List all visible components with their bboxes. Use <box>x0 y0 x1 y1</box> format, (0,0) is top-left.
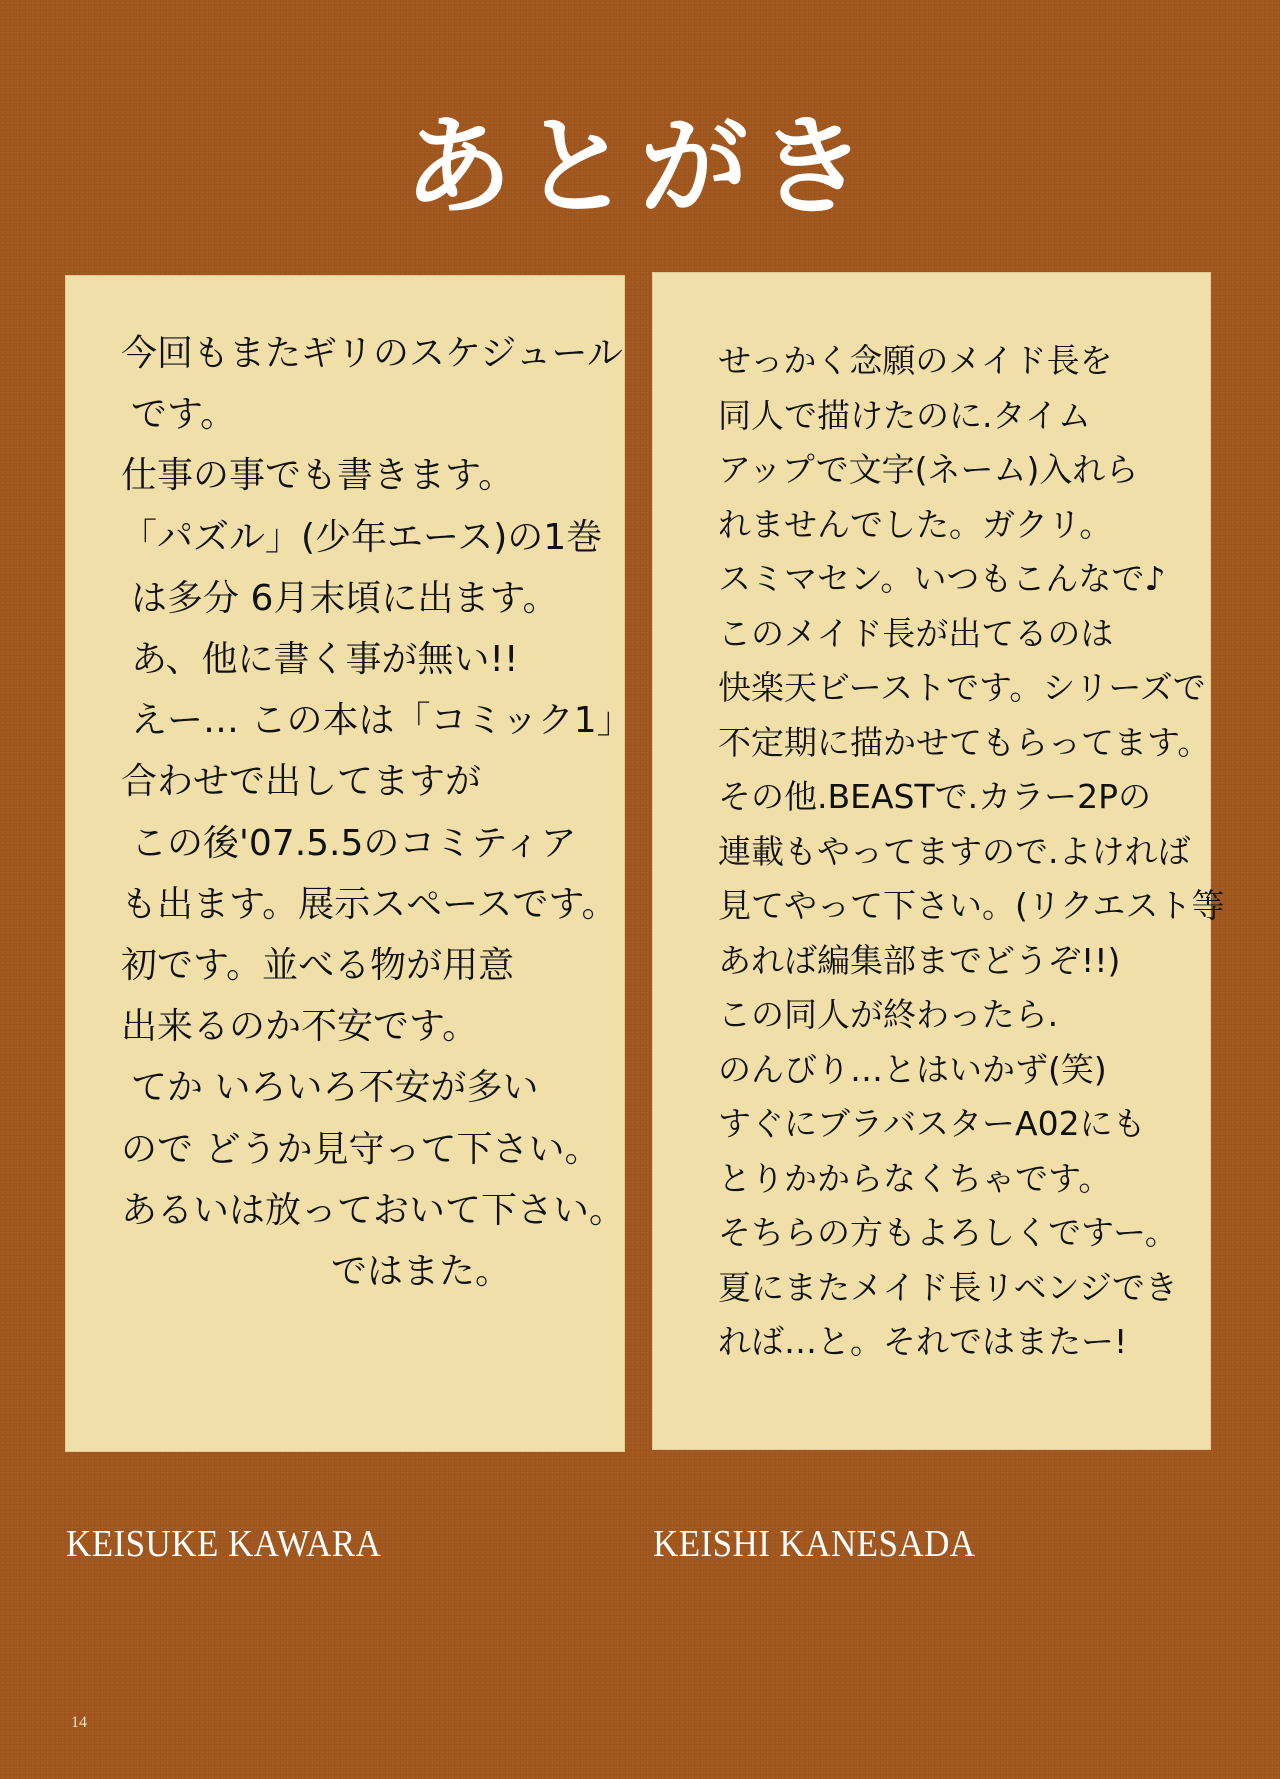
note-line: も出ます。展示スペースです。 <box>121 874 595 935</box>
note-line: あるいは放っておいて下さい。 <box>121 1180 595 1241</box>
note-line: アップで文字(ネーム)入れら <box>718 443 1191 498</box>
note-line: 「パズル」(少年エース)の1巻 <box>121 507 595 568</box>
author-name-right: KEISHI KANESADA <box>653 1522 976 1566</box>
note-line: れば…と。それではまたー! <box>718 1315 1191 1370</box>
note-line: ので どうか見守って下さい。 <box>121 1119 595 1180</box>
note-line: 出来るのか不安です。 <box>121 996 595 1057</box>
note-line: あれば編集部までどうぞ!!) <box>718 934 1191 989</box>
note-line: あ、他に書く事が無い!! <box>121 629 595 690</box>
note-line: スミマセン。いつもこんなで♪ <box>718 552 1191 607</box>
note-line: 初です。並べる物が用意 <box>121 935 595 996</box>
note-line: 不定期に描かせてもらってます。 <box>718 716 1191 771</box>
note-line: とりかからなくちゃです。 <box>718 1152 1191 1207</box>
note-line: そちらの方もよろしくですー。 <box>718 1206 1191 1261</box>
author-name-left: KEISUKE KAWARA <box>66 1522 381 1566</box>
page-number: 14 <box>71 1714 87 1732</box>
note-line: せっかく念願のメイド長を <box>718 334 1191 389</box>
note-line: 今回もまたギリのスケジュール <box>121 323 595 384</box>
note-line: のんびり…とはいかず(笑) <box>718 1043 1191 1098</box>
page-title: あとがき <box>0 108 1280 228</box>
note-line: この後'07.5.5のコミティア <box>121 813 595 874</box>
right-afterword-panel: せっかく念願のメイド長を 同人で描けたのに.タイム アップで文字(ネーム)入れら… <box>652 272 1211 1450</box>
note-line: です。 <box>121 384 595 445</box>
note-line: 合わせで出してますが <box>121 751 595 812</box>
note-line: 連載もやってますので.よければ <box>718 825 1191 880</box>
note-line: 仕事の事でも書きます。 <box>121 445 595 506</box>
note-line: えー… この本は「コミック1」 <box>121 690 595 751</box>
note-line: 夏にまたメイド長リベンジでき <box>718 1261 1191 1316</box>
note-line: は多分 6月末頃に出ます。 <box>121 568 595 629</box>
note-line: その他.BEASTで.カラー2Pの <box>718 770 1191 825</box>
note-signoff: ではまた。 <box>121 1241 595 1302</box>
note-line: この同人が終わったら. <box>718 988 1191 1043</box>
note-line: このメイド長が出てるのは <box>718 607 1191 662</box>
note-line: すぐにブラバスターA02にも <box>718 1097 1191 1152</box>
note-line: れませんでした。ガクリ。 <box>718 498 1191 553</box>
note-line: てか いろいろ不安が多い <box>121 1057 595 1118</box>
note-line: 見てやって下さい。(リクエスト等 <box>718 879 1191 934</box>
note-line: 同人で描けたのに.タイム <box>718 389 1191 444</box>
left-afterword-panel: 今回もまたギリのスケジュール です。 仕事の事でも書きます。 「パズル」(少年エ… <box>65 275 625 1452</box>
note-line: 快楽天ビーストです。シリーズで <box>718 661 1191 716</box>
